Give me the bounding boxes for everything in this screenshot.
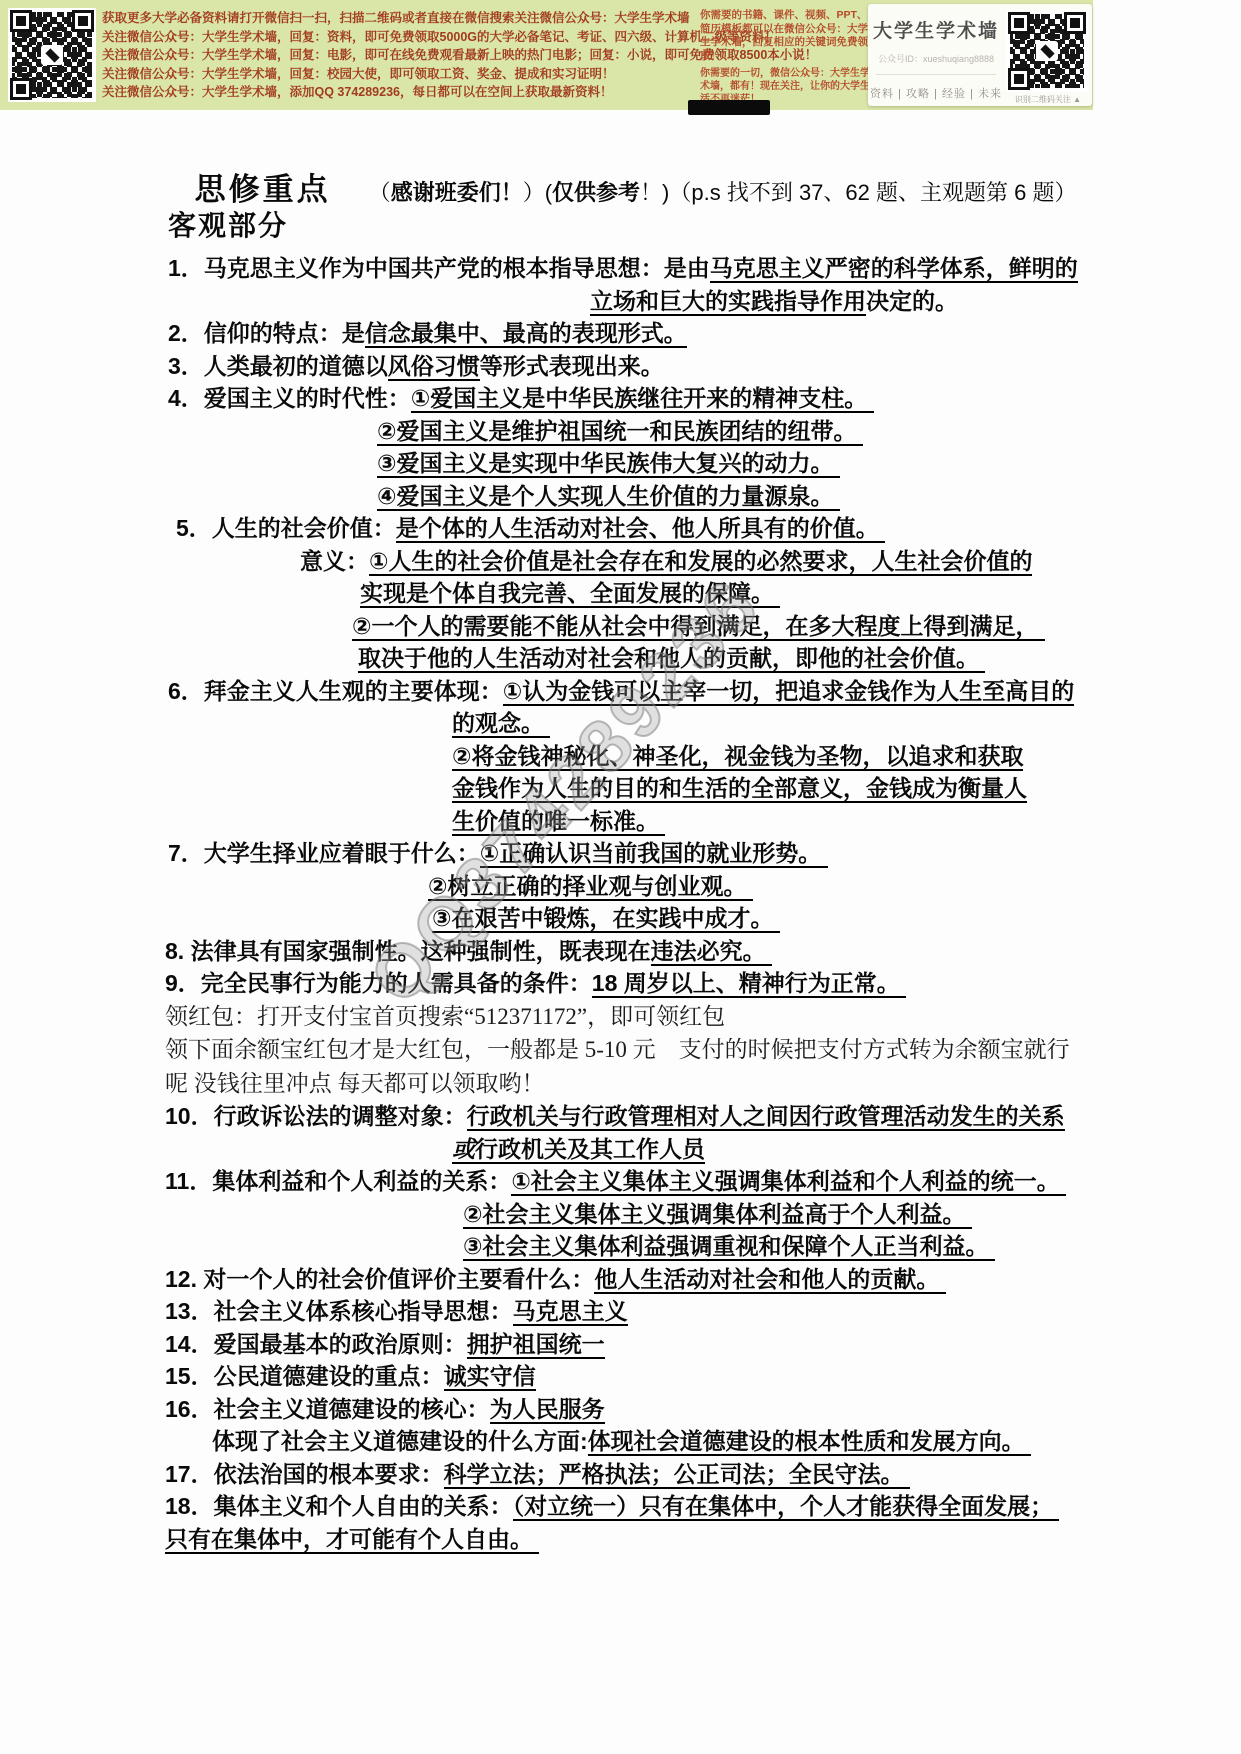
doc-line: 的观念。 (0, 707, 1241, 740)
doc-line: ③在艰苦中锻炼，在实践中成才。 (0, 902, 1241, 935)
doc-line: ③爱国主义是实现中华民族伟大复兴的动力。 (0, 447, 1241, 480)
text-segment: ①社会主义集体主义强调集体利益和个人利益的统一。 (511, 1168, 1066, 1196)
text-segment: 18 周岁以上、精神行为正常。 (592, 970, 906, 998)
doc-line: 实现是个体自我完善、全面发展的保障。 (0, 577, 1241, 610)
text-segment: 意义： (300, 548, 369, 574)
text-segment: 信念 (365, 320, 411, 348)
doc-line: 生价值的唯一标准。 (0, 805, 1241, 838)
text-segment: 行政机关与行政管理相对人之间因行政管理活动发生的关系 (467, 1103, 1065, 1131)
doc-line: 12. 对一个人的社会价值评价主要看什么：他人生活动对社会和他人的贡献。 (0, 1263, 1241, 1296)
text-segment: 只有在集体中，才可能有个人自由。 (165, 1526, 539, 1554)
doc-line: 17．依法治国的根本要求：科学立法；严格执法；公正司法；全民守法。 (0, 1458, 1241, 1491)
doc-line: 呢 没钱往里冲点 每天都可以领取哟！ (0, 1067, 1241, 1101)
text-segment: 10．行政诉讼法的调整对象： (165, 1103, 467, 1129)
text-segment: 12. 对一个人的社会价值评价主要看什么： (165, 1266, 594, 1292)
text-segment: 17．依法治国的根本要求： (165, 1461, 444, 1487)
text-segment: 15．公民道德建设的重点： (165, 1363, 444, 1389)
doc-line: 领下面余额宝红包才是大红包，一般都是 5-10 元 支付的时候把支付方式转为余额… (0, 1033, 1241, 1067)
doc-line: 立场和巨大的实践指导作用决定的。 (0, 285, 1241, 318)
doc-line: 18．集体主义和个人自由的关系：（对立统一）只有在集体中，个人才能获得全面发展； (0, 1490, 1241, 1523)
doc-line: ②爱国主义是维护祖国统一和民族团结的纽带。 (0, 415, 1241, 448)
text-segment: 立场和巨大的实践指导作用 (590, 288, 866, 316)
banner-note-top: 你需要的书籍、课件、视频、PPT、简历模板都可以在微信公众号：大学生学术墙，回复… (700, 9, 868, 63)
doc-line: ②一个人的需要能不能从社会中得到满足，在多大程度上得到满足， (0, 610, 1241, 643)
text-segment: 行政机关及其工作人员 (475, 1136, 705, 1164)
doc-line: 11．集体利益和个人利益的关系：①社会主义集体主义强调集体利益和个人利益的统一。 (0, 1165, 1241, 1198)
text-segment: 16．社会主义道德建设的核心： (165, 1396, 490, 1422)
text-segment: ①人生的社会价值是社会存在和发展的必然要求，人生社会价值的 (369, 548, 1032, 576)
doc-line: ②将金钱神秘化、神圣化，视金钱为圣物，以追求和获取 (0, 740, 1241, 773)
text-segment: 或 (452, 1136, 475, 1164)
text-segment: 11．集体利益和个人利益的关系： (165, 1168, 511, 1194)
doc-line: 16．社会主义道德建设的核心：为人民服务 (0, 1393, 1241, 1426)
text-segment: 9．完全民事行为能力的人需具备的条件： (165, 970, 592, 996)
qr-caption: 识别二维码关注 ▲ (1004, 94, 1092, 105)
text-segment: 拥护祖国统一 (467, 1331, 605, 1359)
doc-line: 意义：①人生的社会价值是社会存在和发展的必然要求，人生社会价值的 (0, 545, 1241, 578)
doc-line: 14．爱国最基本的政治原则：拥护祖国统一 (0, 1328, 1241, 1361)
doc-line: 9．完全民事行为能力的人需具备的条件：18 周岁以上、精神行为正常。 (0, 967, 1241, 1000)
page-title: 思修重点 (195, 172, 331, 207)
qr-finder-icon (10, 10, 32, 32)
banner-line: 关注微信公众号：大学生学术墙，回复：电影，即可在线免费观看最新上映的热门电影；回… (102, 46, 792, 65)
qr-code-left-icon (8, 8, 96, 102)
text-segment: ④爱国主义是个人实现人生价值的力量源泉。 (377, 483, 840, 511)
text-segment: （对立统一）只有在集体中，个人才能获得全面发展； (513, 1493, 1060, 1521)
banner-line: 关注微信公众号：大学生学术墙，回复：校园大使，即可领取工资、奖金、提成和实习证明… (102, 65, 792, 84)
doc-line: 8. 法律具有国家强制性。这种强制性，既表现在违法必究。 (0, 935, 1241, 968)
text-segment: ③社会主义集体利益强调重视和保障个人正当利益。 (463, 1233, 995, 1261)
text-segment: 体现社会道德建设的根本性质和发展方向。 (588, 1428, 1031, 1456)
doc-line: 或行政机关及其工作人员 (0, 1133, 1241, 1166)
doc-line: ②树立正确的择业观与创业观。 (0, 870, 1241, 903)
text-segment: （ (369, 180, 391, 205)
text-segment: ）( (523, 180, 552, 205)
doc-line: 5．人生的社会价值：是个体的人生活动对社会、他人所具有的价值。 (0, 512, 1241, 545)
banner-line: 获取更多大学必备资料请打开微信扫一扫，扫描二维码或者直接在微信搜索关注微信公众号… (102, 9, 792, 28)
doc-line: 4．爱国主义的时代性：①爱国主义是中华民族继往开来的精神支柱。 (0, 382, 1241, 415)
text-segment: 体现了社会主义道德建设的什么方面: (212, 1428, 588, 1454)
graduation-cap-icon (1036, 41, 1058, 61)
text-segment: ③爱国主义是实现中华民族伟大复兴的动力。 (377, 450, 840, 478)
text-segment: 实现是个体自我完善、全面发展的保障。 (360, 580, 780, 608)
text-segment: ！)（p.s 找不到 37、62 题、主观题第 6 题） (640, 180, 1076, 205)
doc-line: 6．拜金主义人生观的主要体现：①认为金钱可以主宰一切，把追求金钱作为人生至高目的 (0, 675, 1241, 708)
doc-line: ②社会主义集体主义强调集体利益高于个人利益。 (0, 1198, 1241, 1231)
brand-title: 大学生学术墙 (868, 16, 1004, 43)
text-segment: ②爱国主义是维护祖国统一和民族团结的纽带。 (377, 418, 863, 446)
text-segment: 5．人生的社会价值： (176, 515, 396, 541)
doc-line: 金钱作为人生的目的和生活的全部意义，金钱成为衡量人 (0, 772, 1241, 805)
page-title-suffix: （感谢班委们！）(仅供参考！)（p.s 找不到 37、62 题、主观题第 6 题… (369, 180, 1077, 205)
text-segment: 7．大学生择业应着眼于什么： (168, 840, 480, 866)
text-segment: 领下面余额宝红包才是大红包，一般都是 5-10 元 支付的时候把支付方式转为余额… (165, 1037, 1070, 1062)
cropped-text-artifact (688, 100, 770, 115)
banner-text-lines: 获取更多大学必备资料请打开微信扫一扫，扫描二维码或者直接在微信搜索关注微信公众号… (102, 9, 792, 102)
text-segment: 3．人类最初的道德以 (168, 353, 388, 379)
qr-finder-icon (72, 10, 94, 32)
doc-line: 3．人类最初的道德以风俗习惯等形式表现出来。 (0, 350, 1241, 383)
promo-banner: 获取更多大学必备资料请打开微信扫一扫，扫描二维码或者直接在微信搜索关注微信公众号… (0, 0, 1093, 110)
qr-finder-icon (1008, 12, 1030, 34)
text-segment: 违法必究。 (651, 938, 772, 966)
banner-line: 关注微信公众号：大学生学术墙，回复：资料，即可免费领取5000G的大学必备笔记、… (102, 28, 792, 47)
text-segment: 感谢班委们！ (391, 180, 523, 205)
doc-line: 领红包：打开支付宝首页搜索“512371172”，即可领红包 (0, 1000, 1241, 1034)
doc-line: 2．信仰的特点：是信念最集中、最高的表现形式。 (0, 317, 1241, 350)
brand-qr-wrap: 识别二维码关注 ▲ (1004, 4, 1092, 106)
brand-tagline: 资料 | 攻略 | 经验 | 未来 (868, 85, 1004, 101)
text-segment: 金钱作为人生的目的和生活的全部意义，金钱成为衡量人 (452, 775, 1027, 803)
brand-account-id: 公众号ID：xueshuqiang8888 (876, 52, 996, 75)
text-segment: 4．爱国主义的时代性： (168, 385, 411, 411)
text-segment: 13．社会主义体系核心指导思想： (165, 1298, 513, 1324)
doc-line: 取决于他的人生活动对社会和他人的贡献，即他的社会价值。 (0, 642, 1241, 675)
text-segment: 呢 没钱往里冲点 每天都可以领取哟！ (165, 1071, 545, 1096)
text-segment: ②树立正确的择业观与创业观。 (428, 873, 753, 901)
doc-line: ③社会主义集体利益强调重视和保障个人正当利益。 (0, 1230, 1241, 1263)
text-segment: 2．信仰的特点：是 (168, 320, 365, 346)
brand-text: 大学生学术墙 公众号ID：xueshuqiang8888 资料 | 攻略 | 经… (868, 4, 1004, 106)
text-segment: 等形式表现出来。 (480, 353, 664, 379)
text-segment: 是个体的人生活动对社会、他人所具有的价值。 (396, 515, 885, 543)
text-segment: ①爱国主义是中华民族继往开来的精神支柱。 (411, 385, 874, 413)
doc-line: ④爱国主义是个人实现人生价值的力量源泉。 (0, 480, 1241, 513)
text-segment: 他人生活动对社会和他人的贡献。 (594, 1266, 945, 1294)
doc-line: 15．公民道德建设的重点：诚实守信 (0, 1360, 1241, 1393)
text-segment: 马克思主义 (513, 1298, 628, 1326)
qr-finder-icon (1008, 68, 1030, 90)
doc-lines: 1．马克思主义作为中国共产党的根本指导思想：是由马克思主义严密的科学体系，鲜明的… (0, 252, 1241, 1555)
brand-card: 大学生学术墙 公众号ID：xueshuqiang8888 资料 | 攻略 | 经… (868, 4, 1092, 106)
text-segment: ①正确认识当前我国的就业形势。 (480, 840, 828, 868)
doc-line: 13．社会主义体系核心指导思想：马克思主义 (0, 1295, 1241, 1328)
doc-line: 7．大学生择业应着眼于什么：①正确认识当前我国的就业形势。 (0, 837, 1241, 870)
text-segment: 8. 法律具有国家强制性。这种强制性，既表现在 (165, 938, 651, 964)
text-segment: ②社会主义集体主义强调集体利益高于个人利益。 (463, 1201, 972, 1229)
text-segment: 取决于他的人生活动对社会和他人的贡献，即他的社会价值。 (358, 645, 985, 673)
doc-line: 只有在集体中，才可能有个人自由。 (0, 1523, 1241, 1556)
text-segment: 14．爱国最基本的政治原则： (165, 1331, 467, 1357)
text-segment: 决定的。 (866, 288, 958, 314)
doc-line: 体现了社会主义道德建设的什么方面:体现社会道德建设的根本性质和发展方向。 (0, 1425, 1241, 1458)
text-segment: 领红包：打开支付宝首页搜索“512371172”，即可领红包 (165, 1004, 725, 1029)
text-segment: 风俗习惯 (388, 353, 480, 381)
text-segment: ①认为金钱可以主宰一切，把追求金钱作为人生至高目的 (503, 678, 1074, 706)
document-page: 获取更多大学必备资料请打开微信扫一扫，扫描二维码或者直接在微信搜索关注微信公众号… (0, 0, 1241, 1754)
text-segment: 的观念。 (452, 710, 550, 738)
text-segment: 诚实守信 (444, 1363, 536, 1391)
doc-title-row: 思修重点（感谢班委们！）(仅供参考！)（p.s 找不到 37、62 题、主观题第… (168, 146, 1076, 227)
text-segment: 仅供参考 (552, 180, 640, 205)
text-segment: 生价值的唯一标准。 (452, 808, 665, 836)
text-segment: 马克思主义严密的科学体系，鲜明的 (710, 255, 1078, 283)
text-segment: ③在艰苦中锻炼，在实践中成才。 (432, 905, 780, 933)
text-segment: 18．集体主义和个人自由的关系： (165, 1493, 513, 1519)
text-segment: ②将金钱神秘化、神圣化，视金钱为圣物，以追求和获取 (452, 743, 1023, 771)
qr-code-right-icon (1006, 10, 1088, 92)
text-segment: ②一个人的需要能不能从社会中得到满足，在多大程度上得到满足， (352, 613, 1045, 641)
text-segment: 最集中、最高 (411, 320, 549, 348)
doc-line: 10．行政诉讼法的调整对象：行政机关与行政管理相对人之间因行政管理活动发生的关系 (0, 1100, 1241, 1133)
qr-finder-icon (10, 78, 32, 100)
doc-line: 1．马克思主义作为中国共产党的根本指导思想：是由马克思主义严密的科学体系，鲜明的 (0, 252, 1241, 285)
text-segment: 6．拜金主义人生观的主要体现： (168, 678, 503, 704)
text-segment: 科学立法；严格执法；公正司法；全民守法。 (444, 1461, 910, 1489)
text-segment: 1．马克思主义作为中国共产党的根本指导思想：是由 (168, 255, 710, 281)
graduation-cap-icon (41, 45, 63, 65)
text-segment: 为人民服务 (490, 1396, 605, 1424)
section-heading: 客观部分 (168, 204, 288, 244)
qr-finder-icon (1064, 12, 1086, 34)
text-segment: 的表现形式。 (549, 320, 687, 348)
